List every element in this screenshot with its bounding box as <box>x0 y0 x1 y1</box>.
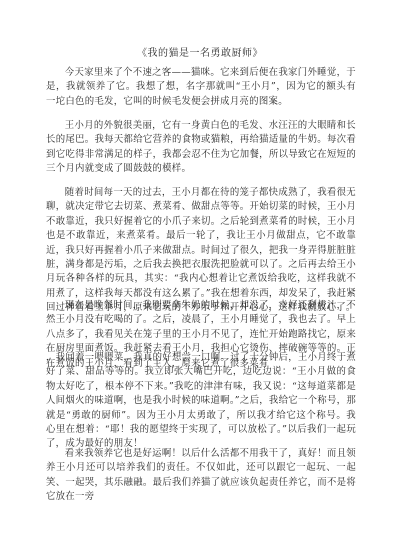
paragraph-1: 今天家里来了个不速之客——猫咪。它来到后便在我家门外睡觉，于是，我就领养了它。我… <box>46 66 356 109</box>
document-title: 《我的猫是一名勇敢厨师》 <box>0 44 400 59</box>
paragraph-2: 王小月的外貌很美丽，它有一身黄白色的毛发、水汪汪的大眼睛和长长的尾巴。我每天都给… <box>46 119 356 177</box>
document-page: 《我的猫是一名勇敢厨师》 今天家里来了个不速之客——猫咪。它来到后便在我家门外睡… <box>0 0 400 533</box>
paragraph-6: 看来我领养它也是好运啊！以后什么活都不用我干了，真好！而且领养王小月还可以培养我… <box>46 447 356 505</box>
paragraph-3: 随着时间每一天的过去，王小月都在待的笼子都快成熟了，我看很无聊，就决定带它去切菜… <box>46 186 356 316</box>
paragraph-5: ，我闻着一喂喂菜，我真的好想尝一口啊。过了十分钟后，王小月终于煮好了菜、甜品等等… <box>46 351 356 452</box>
